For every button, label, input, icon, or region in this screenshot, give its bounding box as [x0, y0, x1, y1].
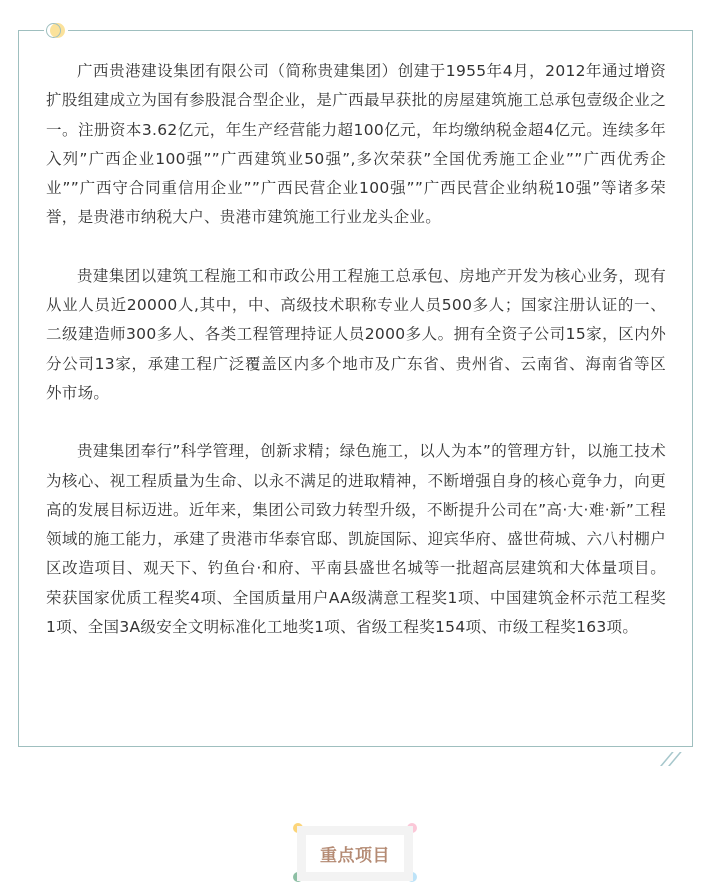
section-title: 重点项目 [306, 835, 404, 872]
section-header-badge: 重点项目 [297, 826, 413, 881]
paragraph-business-scope: 贵建集团以建筑工程施工和市政公用工程施工总承包、房地产开发为核心业务，现有从业人… [46, 262, 666, 408]
article-body: 广西贵港建设集团有限公司（简称贵建集团）创建于1955年4月，2012年通过增资… [46, 57, 666, 671]
paragraph-management-awards: 贵建集团奉行”科学管理，创新求精；绿色施工，以人为本”的管理方针，以施工技术为核… [46, 437, 666, 642]
double-slash-icon [655, 752, 675, 766]
ring-circle-icon [46, 23, 61, 38]
paragraph-company-intro: 广西贵港建设集团有限公司（简称贵建集团）创建于1955年4月，2012年通过增资… [46, 57, 666, 233]
circle-decoration-icon [46, 22, 66, 40]
